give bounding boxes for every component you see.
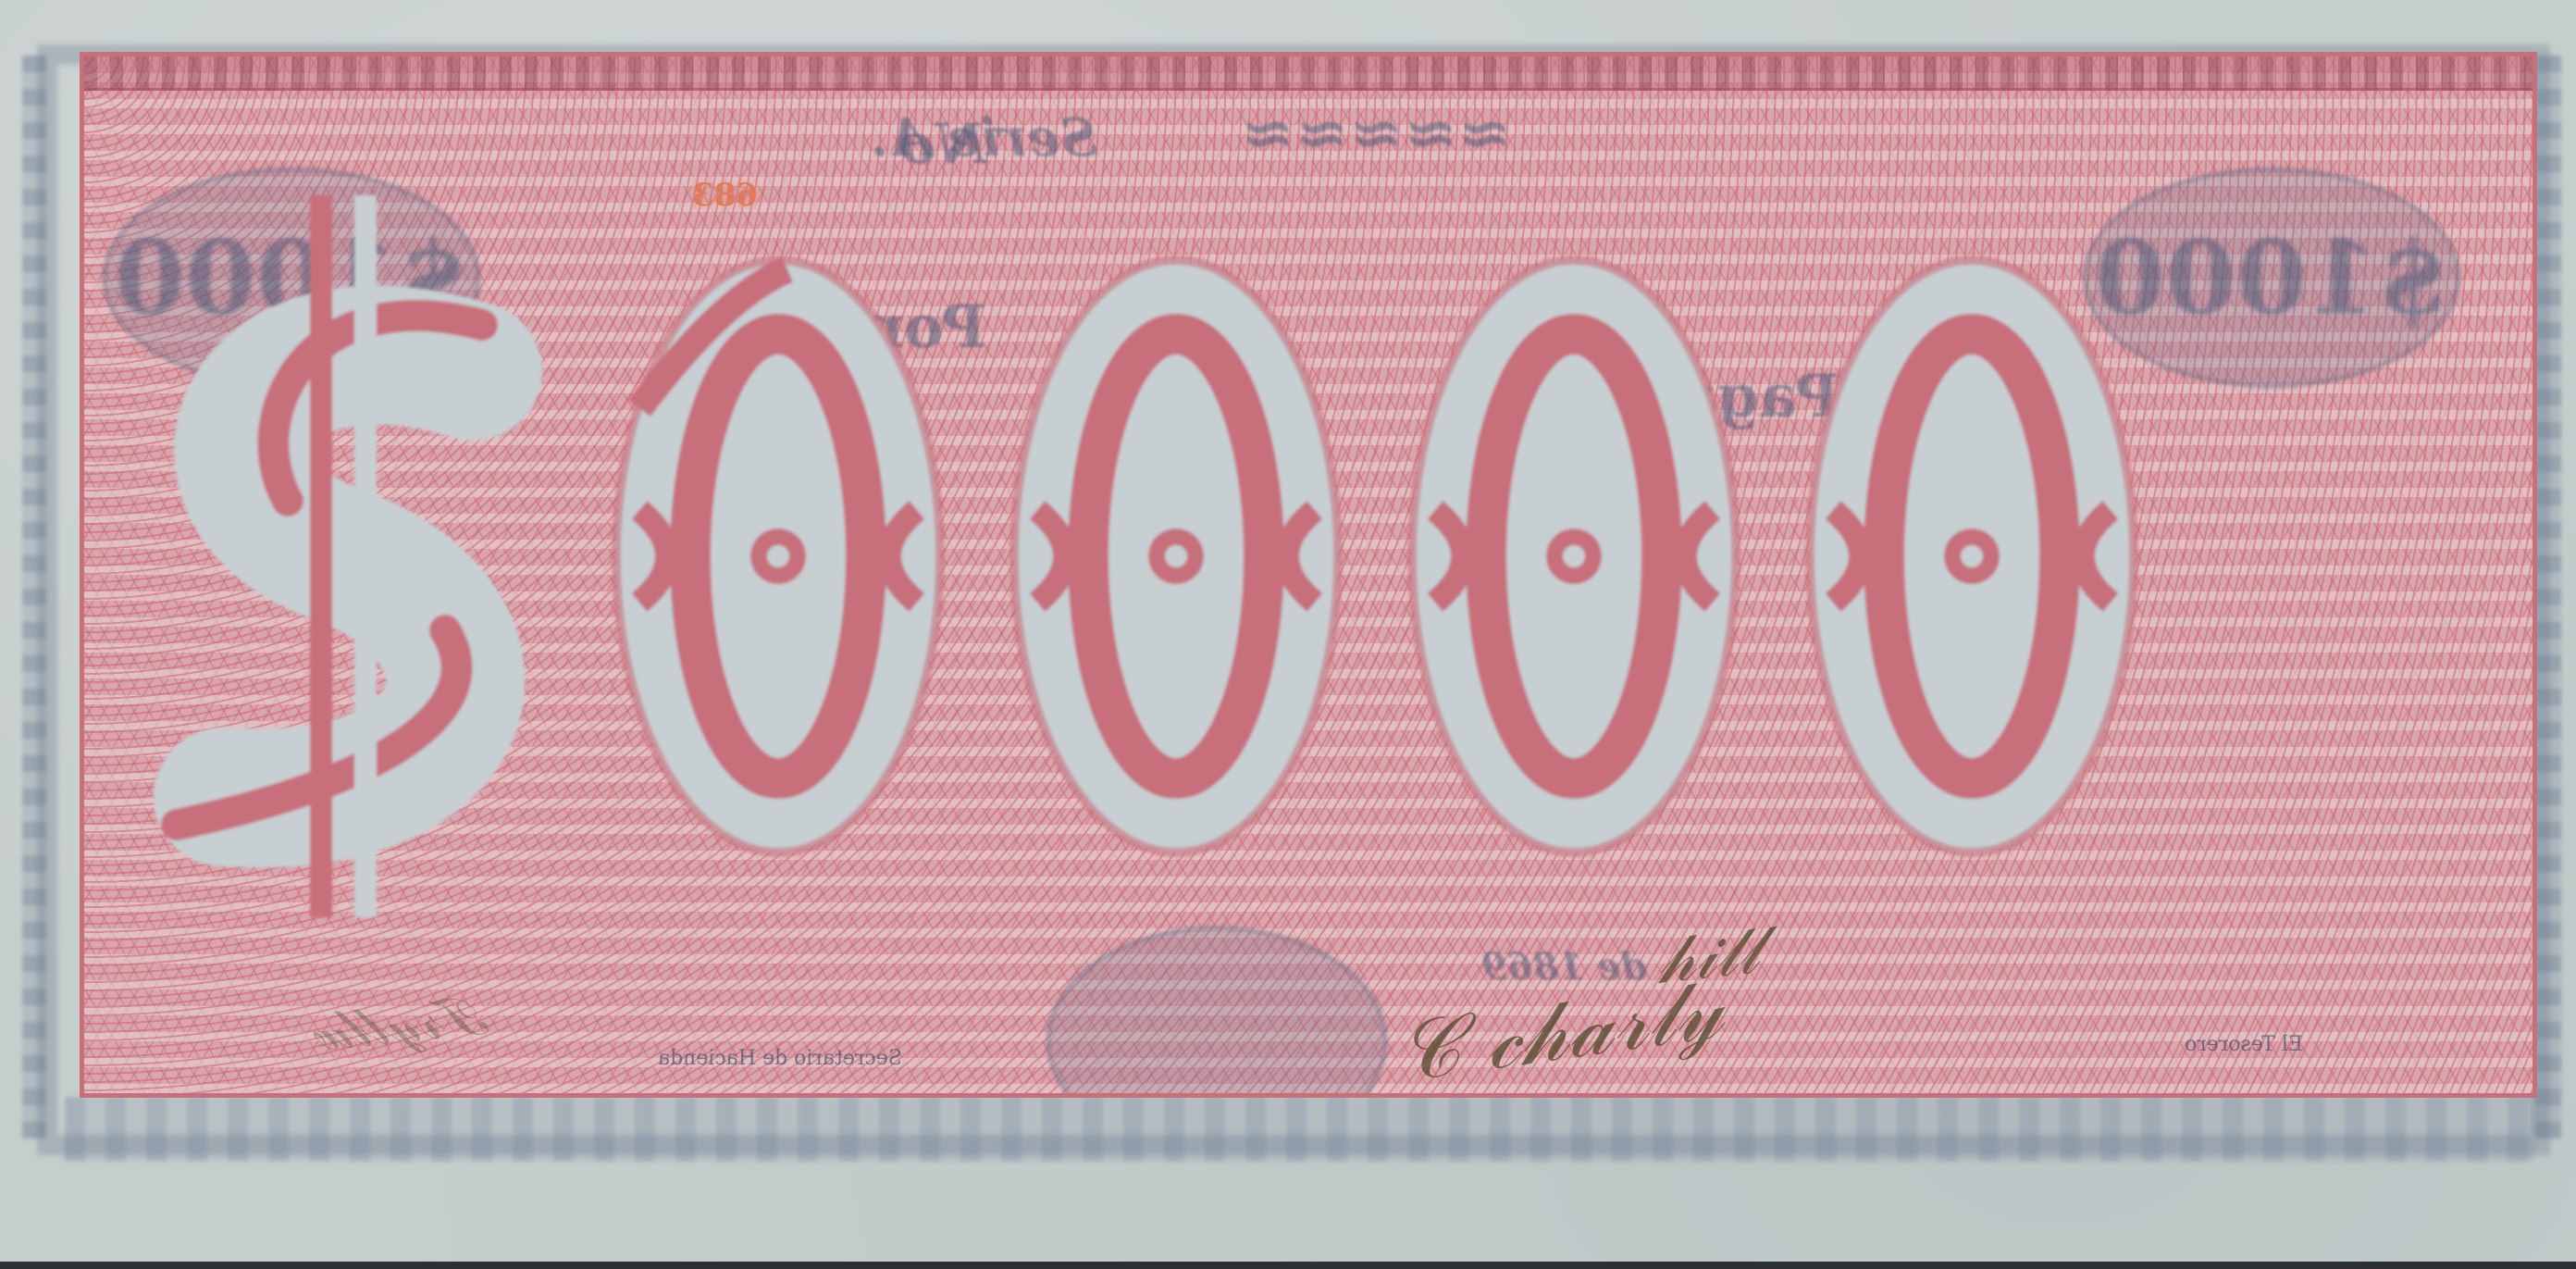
digit-glyph [616,260,940,852]
digit-glyph [1810,260,2134,852]
signature-right-upper: 𝒽𝒾𝓁𝓁 [1653,913,1762,1000]
dollar-sign-glyph [177,195,482,917]
digit-glyph [1014,260,1338,852]
showthrough-right-border [2535,56,2561,1138]
showthrough-bottom-border [65,1097,2535,1162]
scan-edge [0,1262,2576,1269]
showthrough-left-border [22,56,46,1138]
digit-glyph [1412,260,1736,852]
printed-guilloche-panel: $1000 $1000 Serie A. No ≈≈≈≈≈ Portador P… [80,52,2537,1098]
denomination-numerals [84,56,2537,1098]
